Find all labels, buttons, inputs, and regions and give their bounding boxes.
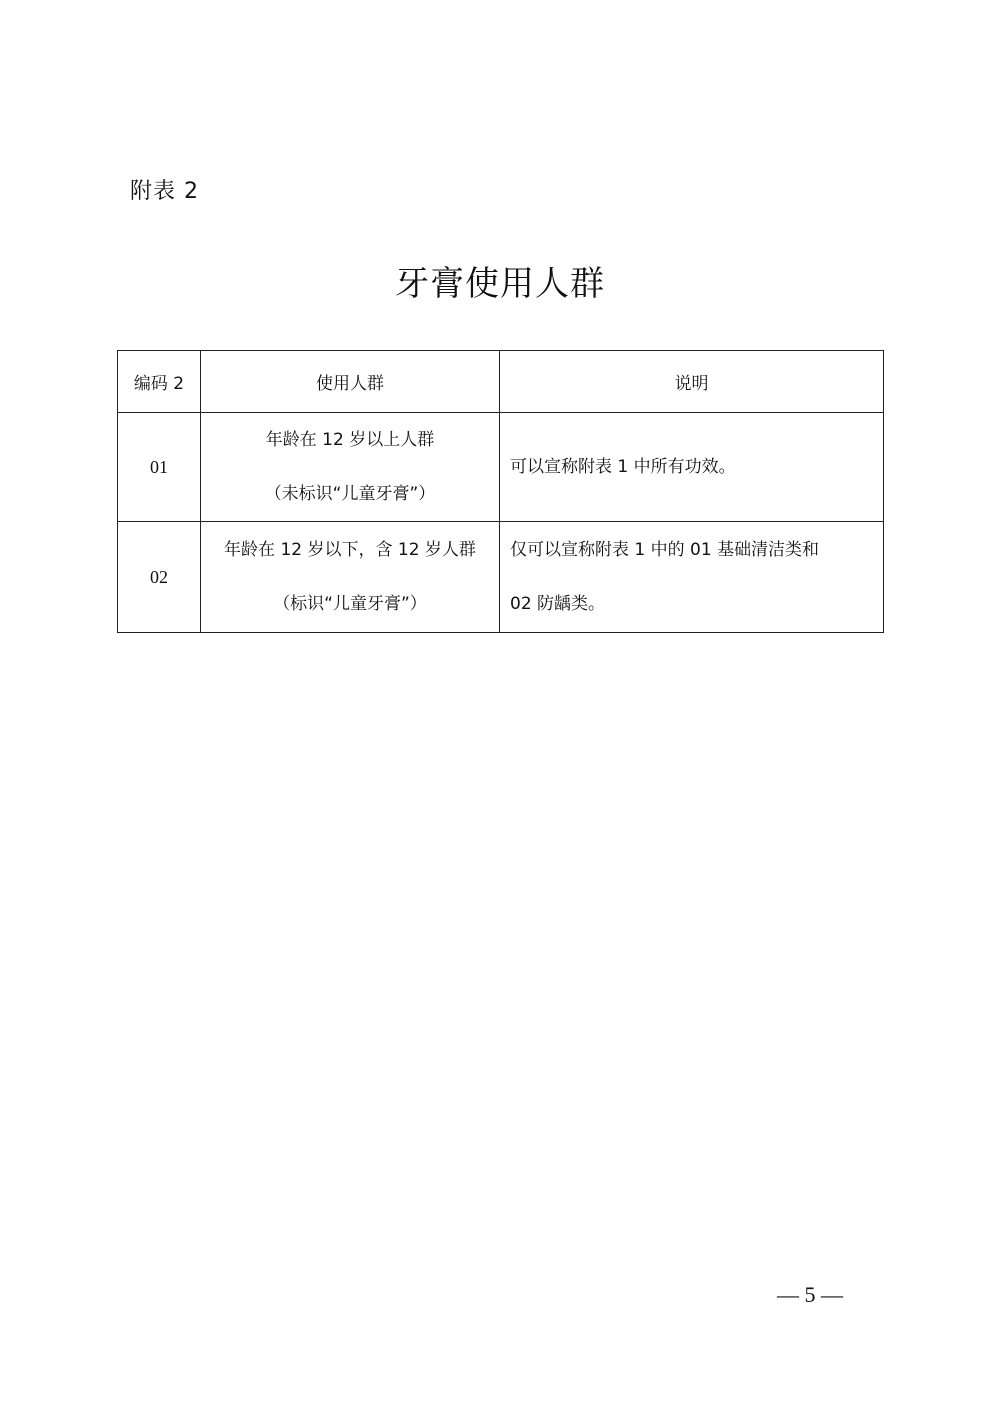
description-line: 02 防龋类。 <box>510 577 883 631</box>
table-row: 01 年龄在 12 岁以上人群 （未标识“儿童牙膏”） 可以宣称附表 1 中所有… <box>118 413 884 522</box>
header-code: 编码 2 <box>118 351 201 413</box>
row-description: 仅可以宣称附表 1 中的 01 基础清洁类和 02 防龋类。 <box>500 522 884 633</box>
page-number: — 5 — <box>760 1282 860 1308</box>
row-population: 年龄在 12 岁以上人群 （未标识“儿童牙膏”） <box>201 413 500 522</box>
description-line: 可以宣称附表 1 中所有功效。 <box>510 440 883 494</box>
annex-label: 附表 2 <box>130 174 199 205</box>
table-header-row: 编码 2 使用人群 说明 <box>118 351 884 413</box>
header-population: 使用人群 <box>201 351 500 413</box>
population-line: 年龄在 12 岁以上人群 <box>201 413 499 467</box>
population-line: 年龄在 12 岁以下，含 12 岁人群 <box>201 523 499 577</box>
document-title: 牙膏使用人群 <box>0 256 1000 305</box>
description-line: 仅可以宣称附表 1 中的 01 基础清洁类和 <box>510 523 883 577</box>
table-row: 02 年龄在 12 岁以下，含 12 岁人群 （标识“儿童牙膏”） 仅可以宣称附… <box>118 522 884 633</box>
row-code: 02 <box>118 522 201 633</box>
row-population: 年龄在 12 岁以下，含 12 岁人群 （标识“儿童牙膏”） <box>201 522 500 633</box>
population-note: （未标识“儿童牙膏”） <box>201 467 499 521</box>
row-code: 01 <box>118 413 201 522</box>
header-description: 说明 <box>500 351 884 413</box>
population-table: 编码 2 使用人群 说明 01 年龄在 12 岁以上人群 （未标识“儿童牙膏”）… <box>117 350 884 633</box>
population-note: （标识“儿童牙膏”） <box>201 577 499 631</box>
row-description: 可以宣称附表 1 中所有功效。 <box>500 413 884 522</box>
